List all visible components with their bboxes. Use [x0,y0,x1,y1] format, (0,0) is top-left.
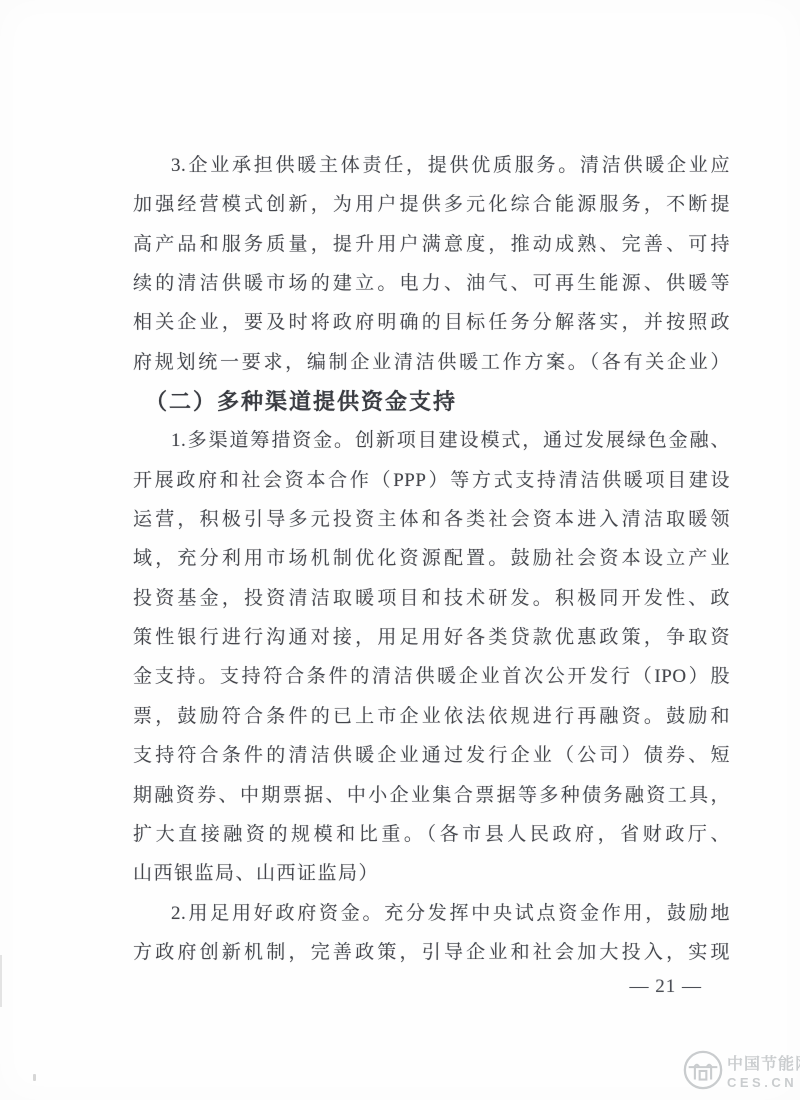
text-line: 票，鼓励符合条件的已上市企业依法依规进行再融资。鼓励和 [133,697,730,736]
text-line: 支持符合条件的清洁供暖企业通过发行企业（公司）债券、短 [133,736,730,775]
page-number: — 21 — [630,976,703,998]
text-line: 开展政府和社会资本合作（PPP）等方式支持清洁供暖项目建设 [133,461,730,500]
text-line: 续的清洁供暖市场的建立。电力、油气、可再生能源、供暖等 [133,264,730,303]
text-line: 期融资券、中期票据、中小企业集合票据等多种债务融资工具， [133,776,730,815]
text-line: 相关企业，要及时将政府明确的目标任务分解落实，并按照政 [133,303,730,342]
watermark-site-domain: CES.CN [727,1076,800,1089]
text-line: 运营，积极引导多元投资主体和各类社会资本进入清洁取暖领 [133,500,730,539]
text-line: 方政府创新机制，完善政策，引导企业和社会加大投入，实现 [133,933,730,972]
scan-speck-artifact [33,1074,36,1081]
ces-logo-icon [682,1049,724,1096]
watermark-site-name: 中国节能网 [727,1057,800,1073]
text-line: 府规划统一要求，编制企业清洁供暖工作方案。（各有关企业） [133,343,730,382]
scan-edge-artifact [0,955,2,1007]
text-line: 高产品和服务质量，提升用户满意度，推动成熟、完善、可持 [133,225,730,264]
text-line: 1.多渠道筹措资金。创新项目建设模式，通过发展绿色金融、 [133,421,730,460]
watermark-text: 中国节能网 CES.CN [727,1057,800,1089]
text-line: 域，充分利用市场机制优化资源配置。鼓励社会资本设立产业 [133,539,730,578]
text-line: 加强经营模式创新，为用户提供多元化综合能源服务，不断提 [133,185,730,224]
site-watermark: 中国节能网 CES.CN [682,1049,800,1096]
text-line: 策性银行进行沟通对接，用足用好各类贷款优惠政策，争取资 [133,618,730,657]
text-line: 金支持。支持符合条件的清洁供暖企业首次公开发行（IPO）股 [133,657,730,696]
text-line: 2.用足用好政府资金。充分发挥中央试点资金作用，鼓励地 [133,894,730,933]
text-line: 3.企业承担供暖主体责任，提供优质服务。清洁供暖企业应 [133,146,730,185]
text-line: 山西银监局、山西证监局） [133,854,730,893]
text-line: 投资基金，投资清洁取暖项目和技术研发。积极同开发性、政 [133,579,730,618]
document-body: 3.企业承担供暖主体责任，提供优质服务。清洁供暖企业应加强经营模式创新，为用户提… [133,146,730,972]
text-line: 扩大直接融资的规模和比重。（各市县人民政府，省财政厅、 [133,815,730,854]
scanned-document-page: 3.企业承担供暖主体责任，提供优质服务。清洁供暖企业应加强经营模式创新，为用户提… [0,0,800,1100]
section-heading: （二）多种渠道提供资金支持 [133,382,730,421]
